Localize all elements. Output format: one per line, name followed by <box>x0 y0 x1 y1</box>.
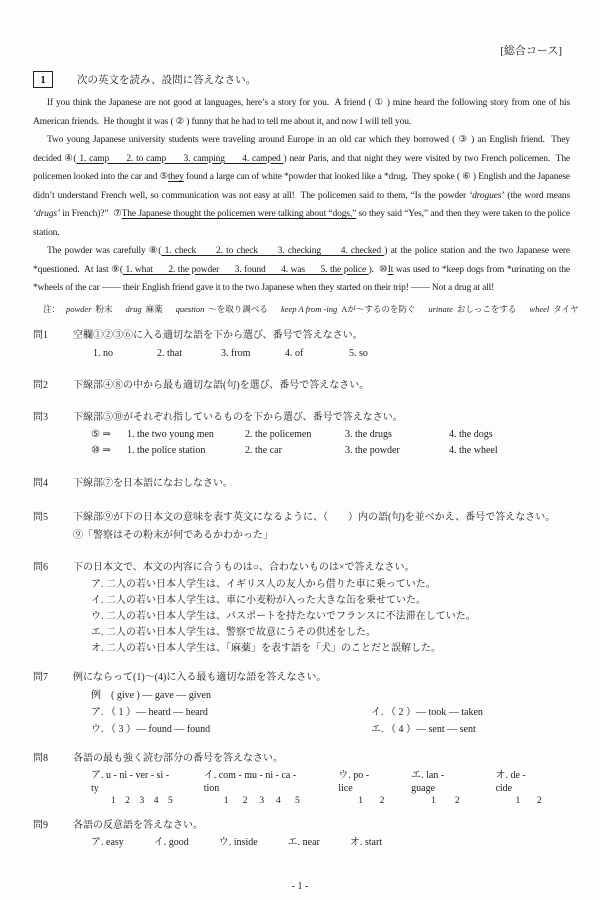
question-5-japanese-sentence: ⑨「警察はその粉末が何であるかわかった」 <box>73 527 570 545</box>
question-text: 空欄①②③⑥に入る適切な語を下から選び、番号で答えなさい。 <box>73 327 570 345</box>
question-text: 各語の反意語を答えなさい。 <box>73 817 570 835</box>
question-text: 例にならって(1)～(4)に入る最も適切な語を答えなさい。 <box>73 669 570 687</box>
option-item: 4. the dogs <box>449 427 493 443</box>
course-tag: [総合コース] <box>33 44 570 58</box>
stress-word-item: イ. com - mu - ni - ca - tion1 2 3 4 5 <box>204 769 313 807</box>
option-item: 5. so <box>349 345 368 363</box>
question-text: 下線部⑦を日本語になおしなさい。 <box>73 475 570 493</box>
section-number-box: 1 <box>33 71 53 88</box>
note-item: wheelタイヤ <box>529 304 578 314</box>
note-item: powder粉末 <box>66 304 113 314</box>
question-text: 下線部⑨が下の日本文の意味を表す英文になるように、（ ）内の語(句)を並べかえ、… <box>73 509 570 527</box>
word-item: イ. good <box>154 835 189 851</box>
answer-options: 1. no2. that3. from4. of5. so <box>93 345 570 363</box>
question-2: 問2 下線部④⑧の中から最も適切な語(句)を選び、番号で答えなさい。 <box>33 377 570 395</box>
section-instruction: 次の英文を読み、設問に答えなさい。 <box>77 72 256 87</box>
underlined-word-5: they <box>168 172 184 182</box>
example-line: 例 ( give ) — gave — given <box>91 687 570 704</box>
question-label: 問3 <box>33 409 73 459</box>
question-label: 問2 <box>33 377 73 395</box>
question-text: 下線部⑤⑩がそれぞれ指しているものを下から選び、番号で答えなさい。 <box>73 409 570 427</box>
underlined-choices-4: 1. camp 2. to camp 3. camping 4. camped <box>76 154 283 164</box>
note-item: keep A from -ingAが～するのを防ぐ <box>281 304 415 314</box>
question-label: 問1 <box>33 327 73 363</box>
question-text: 各語の最も強く読む部分の番号を答えなさい。 <box>73 750 570 768</box>
option-item: 2. the policemen <box>245 427 345 443</box>
option-item: 2. that <box>157 345 221 363</box>
section-header: 1 次の英文を読み、設問に答えなさい。 <box>33 71 570 88</box>
answer-options-row-10: ⑩ ⇒1. the police station2. the car3. the… <box>91 443 570 459</box>
word-item: ア. easy <box>91 835 124 851</box>
antonym-words-row: ア. easyイ. goodウ. insideエ. nearオ. start <box>91 835 570 851</box>
question-label: 問6 <box>33 559 73 657</box>
note-item: urinateおしっこをする <box>428 304 516 314</box>
verb-item: イ. （ 2 ）— took — taken <box>371 704 483 721</box>
verb-forms-row: ウ. （ 3 ）— found — foundエ. （ 4 ）— sent — … <box>91 721 570 738</box>
verb-item: ア. （ 1 ）— heard — heard <box>91 704 371 721</box>
question-text: 下の日本文で、本文の内容に合うものは○、合わないものは×で答えなさい。 <box>73 559 570 577</box>
question-8: 問8 各語の最も強く読む部分の番号を答えなさい。 ア. u - ni - ver… <box>33 750 570 807</box>
vocabulary-notes: 注：powder粉末drug麻薬question～を取り調べるkeep A fr… <box>43 303 570 315</box>
question-text: 下線部④⑧の中から最も適切な語(句)を選び、番号で答えなさい。 <box>73 377 570 395</box>
option-item: 4. the wheel <box>449 443 498 459</box>
stress-words-row: ア. u - ni - ver - si - ty1 2 3 4 5 イ. co… <box>91 769 570 807</box>
question-1: 問1 空欄①②③⑥に入る適切な語を下から選び、番号で答えなさい。 1. no2.… <box>33 327 570 363</box>
option-item: 4. of <box>285 345 349 363</box>
question-label: 問5 <box>33 509 73 545</box>
statement-item: イ. 二人の若い日本人学生は、車に小麦粉が入った大きな缶を乗せていた。 <box>91 593 570 609</box>
option-item: 2. the car <box>245 443 345 459</box>
passage-paragraph-1: If you think the Japanese are not good a… <box>33 94 570 131</box>
verb-item: ウ. （ 3 ）— found — found <box>91 721 371 738</box>
stress-word-item: エ. lan - guage1 2 <box>411 769 469 807</box>
question-3: 問3 下線部⑤⑩がそれぞれ指しているものを下から選び、番号で答えなさい。 ⑤ ⇒… <box>33 409 570 459</box>
question-4: 問4 下線部⑦を日本語になおしなさい。 <box>33 475 570 493</box>
question-label: 問7 <box>33 669 73 738</box>
statement-item: ウ. 二人の若い日本人学生は、パスポートを持たないでフランスに不法滞在していた。 <box>91 609 570 625</box>
underlined-sentence-7: The Japanese thought the policemen were … <box>122 209 356 219</box>
statement-item: エ. 二人の若い日本人学生は、警察で故意にうその供述をした。 <box>91 625 570 641</box>
answer-options-row-5: ⑤ ⇒1. the two young men2. the policemen3… <box>91 427 570 443</box>
question-label: 問4 <box>33 475 73 493</box>
underlined-choices-9: 1. what 2. the powder 3. found 4. was 5.… <box>123 265 369 275</box>
note-item: question～を取り調べる <box>176 304 268 314</box>
statement-item: オ. 二人の若い日本人学生は、「麻薬」を表す語を「犬」のことだと誤解した。 <box>91 641 570 657</box>
question-9: 問9 各語の反意語を答えなさい。 ア. easyイ. goodウ. inside… <box>33 817 570 851</box>
stress-word-item: ウ. po - lice1 2 <box>338 769 385 807</box>
option-item: 3. the drugs <box>345 427 449 443</box>
option-item: 1. no <box>93 345 157 363</box>
note-item: drug麻薬 <box>126 304 163 314</box>
verb-forms-row: ア. （ 1 ）— heard — heardイ. （ 2 ）— took — … <box>91 704 570 721</box>
stress-word-item: ア. u - ni - ver - si - ty1 2 3 4 5 <box>91 769 178 807</box>
word-item: エ. near <box>288 835 320 851</box>
word-item: オ. start <box>350 835 382 851</box>
statement-item: ア. 二人の若い日本人学生は、イギリス人の友人から借りた車に乗っていた。 <box>91 577 570 593</box>
verb-item: エ. （ 4 ）— sent — sent <box>371 721 476 738</box>
exam-page: [総合コース] 1 次の英文を読み、設問に答えなさい。 If you think… <box>0 0 600 900</box>
option-item: 1. the police station <box>127 443 245 459</box>
page-number: - 1 - <box>0 881 600 892</box>
option-item: 3. the powder <box>345 443 449 459</box>
underlined-choices-8: 1. check 2. to check 3. checking 4. chec… <box>161 246 384 256</box>
option-item: 3. from <box>221 345 285 363</box>
question-label: 問9 <box>33 817 73 851</box>
passage-paragraph-3: The powder was carefully ⑧( 1. check 2. … <box>33 242 570 298</box>
stress-word-item: オ. de - cide1 2 <box>495 769 544 807</box>
passage-paragraph-2: Two young Japanese university students w… <box>33 131 570 242</box>
question-6: 問6 下の日本文で、本文の内容に合うものは○、合わないものは×で答えなさい。 ア… <box>33 559 570 657</box>
question-5: 問5 下線部⑨が下の日本文の意味を表す英文になるように、（ ）内の語(句)を並べ… <box>33 509 570 545</box>
question-label: 問8 <box>33 750 73 807</box>
notes-label: 注： <box>43 304 60 314</box>
option-item: 1. the two young men <box>127 427 245 443</box>
question-7: 問7 例にならって(1)～(4)に入る最も適切な語を答えなさい。 例 ( giv… <box>33 669 570 738</box>
reading-passage: If you think the Japanese are not good a… <box>33 94 570 298</box>
word-item: ウ. inside <box>219 835 258 851</box>
